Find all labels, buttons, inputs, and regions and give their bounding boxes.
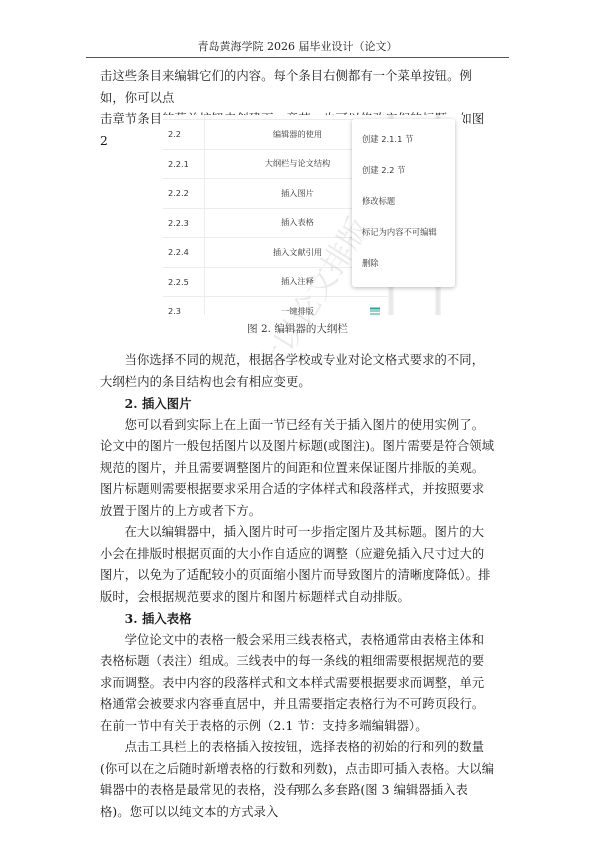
paragraph: 点击工具栏上的表格插入按按钮，选择表格的初始的行和列的数量(你可以在之后随时新增…	[100, 737, 496, 823]
figure-caption: 图 2. 编辑器的大纲栏	[0, 321, 595, 336]
page-header: 青岛黄海学院 2026 届毕业设计（论文）	[86, 40, 509, 54]
section-heading-insert-image: 2. 插入图片	[100, 393, 496, 415]
menu-item-delete[interactable]: 删除	[352, 248, 455, 279]
outline-number: 2.2.3	[163, 209, 205, 238]
outline-number: 2.2.5	[163, 268, 205, 297]
paragraph-outline-note: 当你选择不同的规范，根据各学校或专业对论文格式要求的不同，大纲栏内的条目结构也会…	[100, 350, 496, 393]
outline-number: 2.2	[163, 120, 205, 149]
paragraph: 您可以看到实际上在上面一节已经有关于插入图片的使用实例了。论文中的图片一般包括图…	[100, 415, 496, 523]
list-menu-icon[interactable]	[370, 308, 380, 315]
outline-number: 2.2.1	[163, 150, 205, 179]
main-body: 当你选择不同的规范，根据各学校或专业对论文格式要求的不同，大纲栏内的条目结构也会…	[100, 350, 496, 823]
outline-title: 一键排版	[205, 306, 390, 315]
outline-context-menu: 创建 2.1.1 节 创建 2.2 节 修改标题 标记为内容不可编辑 删除	[352, 119, 455, 287]
menu-item-rename[interactable]: 修改标题	[352, 186, 455, 217]
paragraph: 学位论文中的表格一般会采用三线表格式，表格通常由表格主体和表格标题（表注）组成。…	[100, 630, 496, 738]
intro-line-1: 击这些条目来编辑它们的内容。每个条目右侧都有一个菜单按钮。例如，你可以点	[100, 66, 496, 109]
page-number: 3	[0, 783, 595, 795]
menu-item-mark-readonly[interactable]: 标记为内容不可编辑	[352, 217, 455, 248]
outline-row[interactable]: 2.3 一键排版	[163, 297, 390, 315]
header-divider	[86, 57, 509, 58]
section-heading-insert-table: 3. 插入表格	[100, 608, 496, 630]
outline-screenshot-figure: 2.2 编辑器的使用 2.2.1 大纲栏与论文结构 2.2.2 插入图片 2.2…	[163, 115, 463, 315]
menu-item-create-2-2[interactable]: 创建 2.2 节	[352, 155, 455, 186]
outline-number: 2.2.4	[163, 238, 205, 267]
menu-item-create-2-1-1[interactable]: 创建 2.1.1 节	[352, 124, 455, 155]
outline-number: 2.3	[163, 297, 205, 315]
paragraph: 在大以编辑器中，插入图片时可一步指定图片及其标题。图片的大小会在排版时根据页面的…	[100, 522, 496, 608]
outline-number: 2.2.2	[163, 179, 205, 208]
